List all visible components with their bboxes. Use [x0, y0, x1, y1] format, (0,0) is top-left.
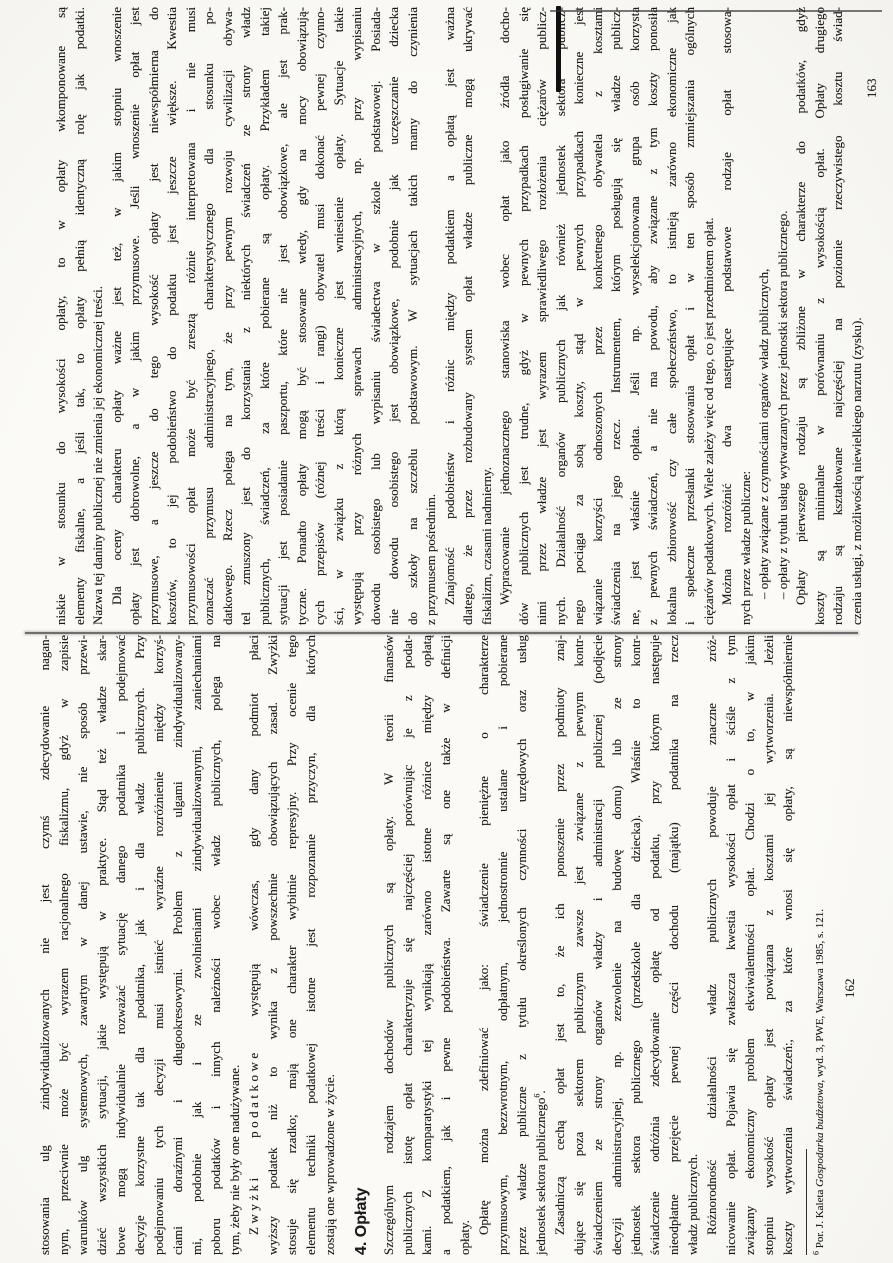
- text-line: oznaczać przymusu administracyjnego, cha…: [200, 7, 219, 625]
- text-segment: warunków ulg systemowych, zawartym w dan…: [75, 635, 90, 1255]
- text-line: bowe mogą indywidualnie rozważać sytuacj…: [111, 635, 130, 1255]
- text-segment: Różnorodność działalności władz publiczn…: [704, 635, 719, 1235]
- text-line: niskie w stosunku do wysokości opłaty, t…: [52, 7, 71, 625]
- text-line: tyczne. Ponadto opłaty mogą być stosowan…: [293, 7, 312, 625]
- text-segment: a podatkiem, jak i pewne podobieństwa. Z…: [438, 635, 453, 1255]
- text-segment: .: [533, 1090, 548, 1093]
- text-segment: oznaczać przymusu administracyjnego, cha…: [201, 7, 216, 625]
- text-line: kosztów, to jej podobieństwo do podatku …: [163, 7, 182, 625]
- text-line: Dla oceny charakteru opłaty ważne jest t…: [108, 7, 127, 625]
- text-segment: nych przez władze publiczne:: [738, 471, 753, 625]
- text-segment: wyższy podatek niż to wynika z powszechn…: [265, 635, 280, 1255]
- text-line: Zasadniczą cechą opłat jest to, że ich p…: [550, 635, 569, 1255]
- text-line: podejmowaniu tych decyzji musi istnieć w…: [149, 635, 168, 1255]
- text-segment: poboru podatków i innych należności wobe…: [208, 635, 223, 1255]
- text-segment: decyzji administracyjnej, np. zezwolenie…: [609, 635, 624, 1255]
- text-line: dlatego, że przez rozbudowany system opł…: [459, 7, 478, 625]
- text-line: przymusowości opłat może być zresztą róż…: [182, 7, 201, 625]
- text-line: Zwyżki podatkowe występują wówczas, gdy …: [244, 635, 263, 1255]
- text-segment: dów publicznych jest trudne, gdyż w pewn…: [516, 7, 531, 625]
- text-line: – opłaty związane z czynnościami organów…: [755, 7, 774, 625]
- text-line: opłaty.: [455, 635, 474, 1255]
- text-line: jednostek sektora publicznego (przedszko…: [626, 635, 645, 1255]
- text-line: wiązanie korzyści odnoszonych przez konk…: [589, 7, 608, 625]
- text-line: opłaty jest dobrowolne, a w jakim przymu…: [126, 7, 145, 625]
- text-line: nie dowodu osobistego jest obowiązkowe, …: [385, 7, 404, 625]
- text-line: świadczenia na jego rzecz. Instrumentem,…: [607, 7, 626, 625]
- text-segment: z przymusem pośrednim.: [423, 494, 438, 625]
- text-segment: nieodpłatne przejęcie pewnej części doch…: [666, 635, 681, 1255]
- text-line: stosowania ulg zindywidualizowanych nie …: [35, 635, 54, 1255]
- text-segment: z pewnych świadczeń, a nie ma powodu, ab…: [645, 7, 660, 625]
- text-segment: kami. Z komparatystyki tej wynikają zaró…: [419, 635, 434, 1255]
- text-segment: jednostek sektora publicznego: [533, 1098, 548, 1255]
- text-segment: Znajomość podobieństw i różnic między po…: [442, 7, 457, 605]
- text-segment: nego pociąga za sobą koszty, stąd w pewn…: [571, 7, 586, 625]
- text-segment: czenia usługi, z możliwością niewielkieg…: [849, 317, 864, 625]
- text-line: – opłaty z tytułu usług wytwarzanych prz…: [774, 7, 793, 625]
- text-segment: fiskalizm, czasami nadmierny.: [479, 467, 494, 625]
- text-line: z pewnych świadczeń, a nie ma powodu, ab…: [644, 7, 663, 625]
- text-segment: Szczególnym rodzajem dochodów publicznyc…: [381, 635, 396, 1255]
- text-segment: wiązanie korzyści odnoszonych przez konk…: [590, 7, 605, 625]
- text-line: nicowanie opłat. Pojawia się zwłaszcza k…: [721, 635, 740, 1255]
- text-segment: cych przepisów (różnej treści i rangi) o…: [312, 7, 327, 625]
- text-line: czenia usługi, z możliwością niewielkieg…: [848, 7, 867, 625]
- text-line: kami. Z komparatystyki tej wynikają zaró…: [417, 635, 436, 1255]
- text-line: lokalna zbiorowość czy całe społeczeństw…: [663, 7, 682, 625]
- text-segment: przez władze publiczne z tytułu określon…: [514, 635, 529, 1255]
- text-line: nym, przeciwnie może być wyrazem racjona…: [54, 635, 73, 1255]
- text-segment: przymusowości opłat może być zresztą róż…: [183, 7, 198, 625]
- page-162: stosowania ulg zindywidualizowanych nie …: [35, 635, 827, 1255]
- text-segment: nie dowodu osobistego jest obowiązkowe, …: [386, 7, 401, 625]
- text-line: nimi przez władze jest wyrazem sprawiedl…: [533, 7, 552, 625]
- text-line: dzieć wszystkich sytuacji, jakie występu…: [92, 635, 111, 1255]
- text-line: stosuje się rzadko; mają one charakter w…: [282, 635, 301, 1255]
- text-line: fiskalizm, czasami nadmierny.: [478, 7, 497, 625]
- footnote-rule: [806, 1149, 807, 1255]
- text-segment-sup: 6: [811, 1251, 820, 1255]
- text-line: i społeczne przesłanki stosowania opłat …: [681, 7, 700, 625]
- text-segment-sup: 6: [533, 1094, 542, 1098]
- text-segment: datkowego. Rzecz polega na tym, że przy …: [220, 7, 235, 625]
- text-segment: elementy fiskalne, a jeśli tak, to opłat…: [72, 7, 87, 625]
- text-segment: sytuacji jest posiadanie paszportu, któr…: [275, 7, 290, 625]
- text-segment: Nazwa tej daniny publicznej nie zmienia …: [90, 286, 105, 625]
- text-line: występują przy różnych sprawach administ…: [348, 7, 367, 625]
- scan-edge-artifact: [556, 6, 561, 92]
- book-spread-scan: stosowania ulg zindywidualizowanych nie …: [0, 0, 893, 1263]
- text-segment: nych. Działalność organów publicznych ja…: [553, 7, 568, 625]
- text-line: do szkoły na szczeblu podstawowym. W syt…: [404, 7, 423, 625]
- text-line: warunków ulg systemowych, zawartym w dan…: [73, 635, 92, 1255]
- text-line: nych. Działalność organów publicznych ja…: [552, 7, 571, 625]
- text-line: mi, podobnie jak i ze zwolnieniami zindy…: [187, 635, 206, 1255]
- text-line: a podatkiem, jak i pewne podobieństwa. Z…: [436, 635, 455, 1255]
- text-segment: do szkoły na szczeblu podstawowym. W syt…: [405, 7, 420, 625]
- text-segment: decyzje korzystne tak dla podatnika, jak…: [132, 635, 147, 1255]
- text-line: koszty wytworzenia świadczeń:, za które …: [778, 635, 797, 1255]
- text-segment: ciami doraźnymi i długookresowymi. Probl…: [170, 635, 185, 1255]
- text-segment: , wyd. 3, PWE, Warszawa 1985, s. 121.: [814, 909, 826, 1083]
- text-line: ne, jest właśnie opłata. Jeśli np. wysel…: [626, 7, 645, 625]
- text-line: Opłaty pierwszego rodzaju są zbliżone w …: [792, 7, 811, 625]
- text-segment: tel zmuszony jest do korzystania z niekt…: [238, 7, 253, 625]
- text-segment: dlatego, że przez rozbudowany system opł…: [460, 7, 475, 625]
- text-segment: lokalna zbiorowość czy całe społeczeństw…: [664, 7, 679, 625]
- text-segment: świadczenia na jego rzecz. Instrumentem,…: [608, 7, 623, 625]
- text-segment: mi, podobnie jak i ze zwolnieniami zindy…: [189, 635, 204, 1255]
- text-segment: stosuje się rzadko; mają one charakter w…: [284, 635, 299, 1255]
- text-segment: opłaty jest dobrowolne, a w jakim przymu…: [127, 7, 142, 625]
- text-line: nego pociąga za sobą koszty, stąd w pewn…: [570, 7, 589, 625]
- text-segment: koszty są minimalne w porównaniu z wysok…: [812, 7, 827, 625]
- text-segment: dowodu osobistego lub wypisaniu świadect…: [368, 7, 383, 625]
- text-line: decyzji administracyjnej, np. zezwolenie…: [607, 635, 626, 1255]
- text-line: świadczenie odróżnia zdecydowanie opłatę…: [645, 635, 664, 1255]
- text-line: zostają one wprowadzone w życie.: [320, 635, 339, 1255]
- text-segment: publicznych, świadczeń, za które pobiera…: [257, 7, 272, 625]
- text-segment: nicowanie opłat. Pojawia się zwłaszcza k…: [723, 635, 738, 1255]
- text-segment: koszty wytworzenia świadczeń:, za które …: [780, 635, 795, 1255]
- text-segment: dzieć wszystkich sytuacji, jakie występu…: [94, 635, 109, 1255]
- text-segment: kosztów, to jej podobieństwo do podatku …: [164, 7, 179, 625]
- text-segment: Można rozróżnić dwa następujące podstawo…: [719, 7, 734, 605]
- text-segment: nym, przeciwnie może być wyrazem racjona…: [56, 635, 71, 1255]
- text-line: elementy fiskalne, a jeśli tak, to opłat…: [71, 7, 90, 625]
- text-segment: rodzaju są kształtowane najczęściej na p…: [830, 7, 845, 625]
- text-line: publicznych istotę opłat charakteryzuje …: [398, 635, 417, 1255]
- scan-edge-line: [550, 10, 882, 12]
- text-segment: publicznych istotę opłat charakteryzuje …: [400, 635, 415, 1255]
- text-line: dowodu osobistego lub wypisaniu świadect…: [367, 7, 386, 625]
- text-line: przymusowym, bezzwrotnym, odpłatnym, jed…: [493, 635, 512, 1255]
- text-segment: opłaty.: [457, 1220, 472, 1255]
- text-line: publicznych, świadczeń, za które pobiera…: [256, 7, 275, 625]
- text-line: dujące się poza sektorem publicznym zaws…: [569, 635, 588, 1255]
- text-segment: niskie w stosunku do wysokości opłaty, t…: [53, 7, 68, 625]
- text-segment: bowe mogą indywidualnie rozważać sytuacj…: [113, 635, 128, 1255]
- text-segment: Opłaty pierwszego rodzaju są zbliżone w …: [793, 7, 808, 605]
- text-segment: Zasadniczą cechą opłat jest to, że ich p…: [552, 635, 567, 1235]
- text-line: sytuacji jest posiadanie paszportu, któr…: [274, 7, 293, 625]
- text-segment: Opłatę można zdefiniować jako: świadczen…: [476, 635, 491, 1235]
- text-line: związany ekonomiczny problem ekwiwalentn…: [740, 635, 759, 1255]
- text-line: ści, w związku z którą konieczne jest wn…: [330, 7, 349, 625]
- text-segment: ciężarów podatkowych. Wiele zależy więc …: [701, 218, 716, 626]
- text-line: elementu techniki podatkowej istotne jes…: [301, 635, 320, 1255]
- text-line: koszty są minimalne w porównaniu z wysok…: [811, 7, 830, 625]
- text-line: Można rozróżnić dwa następujące podstawo…: [718, 7, 737, 625]
- text-line: Nazwa tej daniny publicznej nie zmienia …: [89, 7, 108, 625]
- text-segment: i społeczne przesłanki stosowania opłat …: [682, 7, 697, 625]
- text-segment: Dla oceny charakteru opłaty ważne jest t…: [109, 7, 124, 605]
- text-line: Opłatę można zdefiniować jako: świadczen…: [474, 635, 493, 1255]
- page-162-text-block: stosowania ulg zindywidualizowanych nie …: [35, 635, 827, 1255]
- text-segment: Por. J. Kaleta: [814, 1187, 826, 1251]
- text-segment: jednostek sektora publicznego (przedszko…: [628, 635, 643, 1255]
- text-segment: 4. Opłaty: [353, 1187, 370, 1255]
- text-line: świadczeniem ze strony organów władzy i …: [588, 635, 607, 1255]
- text-line: władz publicznych.: [683, 635, 702, 1255]
- text-segment: występują wówczas, gdy dany podmiot płac…: [246, 635, 261, 1049]
- text-segment-italic: Gospodarka budżetowa: [814, 1083, 826, 1187]
- text-line: decyzje korzystne tak dla podatnika, jak…: [130, 635, 149, 1255]
- text-segment-spaced: Zwyżki podatkowe: [246, 1049, 261, 1235]
- text-segment: stosowania ulg zindywidualizowanych nie …: [37, 635, 52, 1255]
- page-163-text-block: niskie w stosunku do wysokości opłaty, t…: [52, 7, 866, 625]
- text-line: Szczególnym rodzajem dochodów publicznyc…: [379, 635, 398, 1255]
- text-segment: nimi przez władze jest wyrazem sprawiedl…: [534, 7, 549, 625]
- footnote-text: 6 Por. J. Kaleta Gospodarka budżetowa, w…: [813, 635, 827, 1255]
- text-segment: świadczeniem ze strony organów władzy i …: [590, 635, 605, 1255]
- text-segment: przymusowym, bezzwrotnym, odpłatnym, jed…: [495, 635, 510, 1255]
- text-segment: elementu techniki podatkowej istotne jes…: [303, 635, 318, 1255]
- text-line: poboru podatków i innych należności wobe…: [206, 635, 225, 1255]
- text-segment: – opłaty z tytułu usług wytwarzanych prz…: [775, 211, 790, 599]
- text-line: Wypracowanie jednoznacznego stanowiska w…: [496, 7, 515, 625]
- text-line: przez władze publiczne z tytułu określon…: [512, 635, 531, 1255]
- page-number-163: 163: [864, 79, 880, 99]
- text-segment: podejmowaniu tych decyzji musi istnieć w…: [151, 635, 166, 1255]
- text-line: cych przepisów (różnej treści i rangi) o…: [311, 7, 330, 625]
- text-line: jednostek sektora publicznego6.: [531, 635, 550, 1255]
- page-163: niskie w stosunku do wysokości opłaty, t…: [52, 7, 866, 625]
- text-line: ciami doraźnymi i długookresowymi. Probl…: [168, 635, 187, 1255]
- text-line: nych przez władze publiczne:: [737, 7, 756, 625]
- section-heading: 4. Opłaty: [352, 635, 371, 1255]
- text-line: z przymusem pośrednim.: [422, 7, 441, 625]
- book-spine-shadow: [25, 632, 858, 634]
- text-segment: występują przy różnych sprawach administ…: [349, 7, 364, 625]
- text-line: tel zmuszony jest do korzystania z niekt…: [237, 7, 256, 625]
- text-line: tym, żeby nie były one nadużywane.: [225, 635, 244, 1255]
- page-number-162: 162: [842, 979, 858, 999]
- text-segment: ne, jest właśnie opłata. Jeśli np. wysel…: [627, 7, 642, 625]
- text-segment: władz publicznych.: [685, 1154, 700, 1255]
- text-segment: dujące się poza sektorem publicznym zaws…: [571, 635, 586, 1255]
- text-line: ciężarów podatkowych. Wiele zależy więc …: [700, 7, 719, 625]
- text-segment: przymusowe, a jeszcze do tego wysokość o…: [146, 7, 161, 625]
- text-line: Znajomość podobieństw i różnic między po…: [441, 7, 460, 625]
- text-segment: tym, żeby nie były one nadużywane.: [227, 1065, 242, 1255]
- text-line: datkowego. Rzecz polega na tym, że przy …: [219, 7, 238, 625]
- text-segment: tyczne. Ponadto opłaty mogą być stosowan…: [294, 7, 309, 625]
- text-segment: stopniu wysokość opłaty jest powiązana z…: [761, 635, 776, 1255]
- text-segment: zostają one wprowadzone w życie.: [322, 1074, 337, 1255]
- text-segment: – opłaty związane z czynnościami organów…: [756, 269, 771, 599]
- text-line: stopniu wysokość opłaty jest powiązana z…: [759, 635, 778, 1255]
- text-segment: związany ekonomiczny problem ekwiwalentn…: [742, 635, 757, 1255]
- text-line: dów publicznych jest trudne, gdyż w pewn…: [515, 7, 534, 625]
- text-segment: Wypracowanie jednoznacznego stanowiska w…: [497, 7, 512, 605]
- text-line: rodzaju są kształtowane najczęściej na p…: [829, 7, 848, 625]
- text-line: przymusowe, a jeszcze do tego wysokość o…: [145, 7, 164, 625]
- text-segment: świadczenie odróżnia zdecydowanie opłatę…: [647, 635, 662, 1255]
- text-segment: ści, w związku z którą konieczne jest wn…: [331, 7, 346, 625]
- text-line: nieodpłatne przejęcie pewnej części doch…: [664, 635, 683, 1255]
- text-line: wyższy podatek niż to wynika z powszechn…: [263, 635, 282, 1255]
- text-line: Różnorodność działalności władz publiczn…: [702, 635, 721, 1255]
